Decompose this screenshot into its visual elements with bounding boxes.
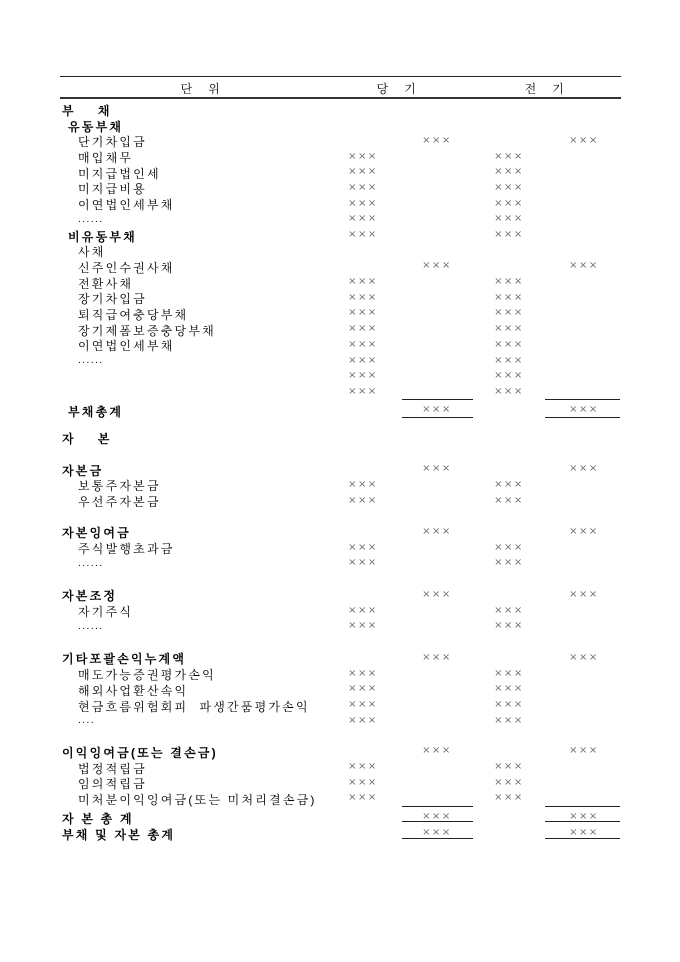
table-row: 현금흐름위험회피 파생간품평가손익××××××: [60, 697, 621, 713]
table-row: 우선주자본금××××××: [60, 492, 621, 508]
row-spacer: [60, 508, 621, 524]
table-row: 이연법인세부채××××××: [60, 336, 621, 352]
amount-placeholder: ×××: [554, 260, 614, 271]
amount-placeholder: ×××: [479, 699, 539, 710]
total-underline: [545, 838, 620, 839]
amount-placeholder: ×××: [333, 557, 393, 568]
table-row: 자본금××××××: [60, 461, 621, 477]
amount-placeholder: ×××: [479, 182, 539, 193]
row-spacer: [60, 633, 621, 649]
amount-placeholder: ×××: [333, 166, 393, 177]
table-row: 장기제폼보증충당부채××××××: [60, 321, 621, 337]
amount-placeholder: ×××: [333, 355, 393, 366]
row-spacer: [60, 418, 621, 429]
total-row: 자 본 총 계××××××: [60, 806, 621, 822]
row-spacer: [60, 570, 621, 586]
amount-placeholder: ×××: [333, 151, 393, 162]
amount-placeholder: ×××: [333, 761, 393, 772]
table-row: 부 채: [60, 101, 621, 117]
row-label: ......: [78, 355, 104, 366]
total-underline: [545, 806, 620, 807]
table-row: ......××××××: [60, 555, 621, 571]
table-row: ××××××: [60, 368, 621, 384]
amount-placeholder: ×××: [479, 276, 539, 287]
amount-placeholder: ×××: [479, 605, 539, 616]
amount-placeholder: ×××: [333, 699, 393, 710]
row-spacer: [60, 728, 621, 743]
amount-placeholder: ×××: [479, 323, 539, 334]
amount-placeholder: ×××: [479, 151, 539, 162]
table-row: 비유동부채××××××: [60, 227, 621, 243]
table-row: 주식발행초과금××××××: [60, 539, 621, 555]
amount-placeholder: ×××: [333, 683, 393, 694]
amount-placeholder: ×××: [333, 323, 393, 334]
amount-placeholder: ×××: [333, 777, 393, 788]
amount-placeholder: ×××: [554, 652, 614, 663]
table-row: ××××××: [60, 383, 621, 399]
table-row: ......××××××: [60, 618, 621, 634]
amount-placeholder: ×××: [333, 182, 393, 193]
amount-placeholder: ×××: [479, 683, 539, 694]
amount-placeholder: ×××: [333, 668, 393, 679]
table-row: 장기차입금××××××: [60, 289, 621, 305]
amount-placeholder: ×××: [407, 589, 467, 600]
amount-placeholder: ×××: [333, 229, 393, 240]
row-label: ......: [78, 558, 104, 569]
table-row: 매입채무××××××: [60, 148, 621, 164]
table-row: 미지급법인세××××××: [60, 164, 621, 180]
total-underline: [402, 399, 473, 400]
amount-placeholder: ×××: [333, 620, 393, 631]
amount-placeholder: ×××: [479, 668, 539, 679]
table-header: 단 위 당 기 전 기: [60, 76, 621, 99]
amount-placeholder: ×××: [407, 135, 467, 146]
amount-placeholder: ×××: [554, 589, 614, 600]
amount-placeholder: ×××: [554, 463, 614, 474]
balance-sheet-table: 단 위 당 기 전 기 부 채유동부채단기차입금××××××매입채무××××××…: [60, 76, 621, 839]
amount-placeholder: ×××: [479, 386, 539, 397]
table-row: 미지급비용××××××: [60, 179, 621, 195]
amount-placeholder: ×××: [479, 777, 539, 788]
amount-placeholder: ×××: [479, 370, 539, 381]
amount-placeholder: ×××: [333, 370, 393, 381]
table-row: 퇴직급여충당부채××××××: [60, 305, 621, 321]
table-row: 보통주자본금××××××: [60, 476, 621, 492]
table-row: 자본잉여금××××××: [60, 523, 621, 539]
amount-placeholder: ×××: [479, 198, 539, 209]
amount-placeholder: ×××: [333, 479, 393, 490]
table-row: 전환사채××××××: [60, 274, 621, 290]
amount-placeholder: ×××: [479, 620, 539, 631]
amount-placeholder: ×××: [554, 745, 614, 756]
amount-placeholder: ×××: [407, 260, 467, 271]
table-row: 유동부채: [60, 117, 621, 133]
table-row: 단기차입금××××××: [60, 132, 621, 148]
total-row: 부채총계××××××: [60, 399, 621, 418]
total-underline: [402, 806, 473, 807]
table-row: ......××××××: [60, 211, 621, 227]
amount-placeholder: ×××: [554, 827, 614, 838]
row-spacer: [60, 445, 621, 461]
amount-placeholder: ×××: [479, 557, 539, 568]
amount-placeholder: ×××: [479, 792, 539, 803]
amount-placeholder: ×××: [479, 307, 539, 318]
amount-placeholder: ×××: [333, 213, 393, 224]
amount-placeholder: ×××: [333, 307, 393, 318]
amount-placeholder: ×××: [333, 198, 393, 209]
table-row: 임의적립금××××××: [60, 774, 621, 790]
document-page: 단 위 당 기 전 기 부 채유동부채단기차입금××××××매입채무××××××…: [0, 0, 680, 962]
amount-placeholder: ×××: [479, 213, 539, 224]
table-row: 이익잉여금(또는 결손금)××××××: [60, 743, 621, 759]
amount-placeholder: ×××: [333, 386, 393, 397]
table-body: 부 채유동부채단기차입금××××××매입채무××××××미지급법인세××××××…: [60, 99, 621, 839]
table-row: 해외사업환산속익××××××: [60, 681, 621, 697]
total-underline: [402, 838, 473, 839]
amount-placeholder: ×××: [333, 292, 393, 303]
amount-placeholder: ×××: [333, 542, 393, 553]
amount-placeholder: ×××: [407, 463, 467, 474]
table-row: 자기주식××××××: [60, 602, 621, 618]
table-row: 자본조정××××××: [60, 586, 621, 602]
amount-placeholder: ×××: [479, 495, 539, 506]
amount-placeholder: ×××: [554, 404, 614, 415]
row-label: ....: [78, 715, 95, 726]
col-header-current-period: 당 기: [377, 80, 418, 97]
amount-placeholder: ×××: [554, 135, 614, 146]
amount-placeholder: ×××: [407, 652, 467, 663]
table-row: 기타포괄손익누계액××××××: [60, 649, 621, 665]
amount-placeholder: ×××: [479, 479, 539, 490]
amount-placeholder: ×××: [479, 292, 539, 303]
row-label: ......: [78, 621, 104, 632]
row-label: ......: [78, 214, 104, 225]
amount-placeholder: ×××: [333, 339, 393, 350]
amount-placeholder: ×××: [479, 715, 539, 726]
amount-placeholder: ×××: [407, 827, 467, 838]
table-row: 법정적립금××××××: [60, 759, 621, 775]
amount-placeholder: ×××: [407, 526, 467, 537]
table-row: 사채: [60, 242, 621, 258]
total-underline: [545, 399, 620, 400]
table-row: 미처분이익잉여금(또는 미처리결손금)××××××: [60, 790, 621, 806]
table-row: ....××××××: [60, 712, 621, 728]
col-header-prior-period: 전 기: [525, 80, 566, 97]
table-row: 자 본: [60, 429, 621, 445]
total-row: 부채 및 자본 총계××××××: [60, 822, 621, 839]
col-header-unit: 단 위: [181, 80, 222, 97]
amount-placeholder: ×××: [333, 715, 393, 726]
table-row: 신주인수권사채××××××: [60, 258, 621, 274]
amount-placeholder: ×××: [407, 404, 467, 415]
amount-placeholder: ×××: [407, 745, 467, 756]
amount-placeholder: ×××: [333, 276, 393, 287]
amount-placeholder: ×××: [479, 229, 539, 240]
row-label: 부채 및 자본 총계: [62, 826, 175, 843]
amount-placeholder: ×××: [479, 166, 539, 177]
amount-placeholder: ×××: [554, 526, 614, 537]
amount-placeholder: ×××: [479, 761, 539, 772]
table-row: ......××××××: [60, 352, 621, 368]
amount-placeholder: ×××: [333, 792, 393, 803]
table-row: 이연법인세부채××××××: [60, 195, 621, 211]
amount-placeholder: ×××: [479, 339, 539, 350]
amount-placeholder: ×××: [333, 495, 393, 506]
table-row: 매도가능증권평가손익××××××: [60, 665, 621, 681]
amount-placeholder: ×××: [479, 355, 539, 366]
amount-placeholder: ×××: [479, 542, 539, 553]
amount-placeholder: ×××: [333, 605, 393, 616]
